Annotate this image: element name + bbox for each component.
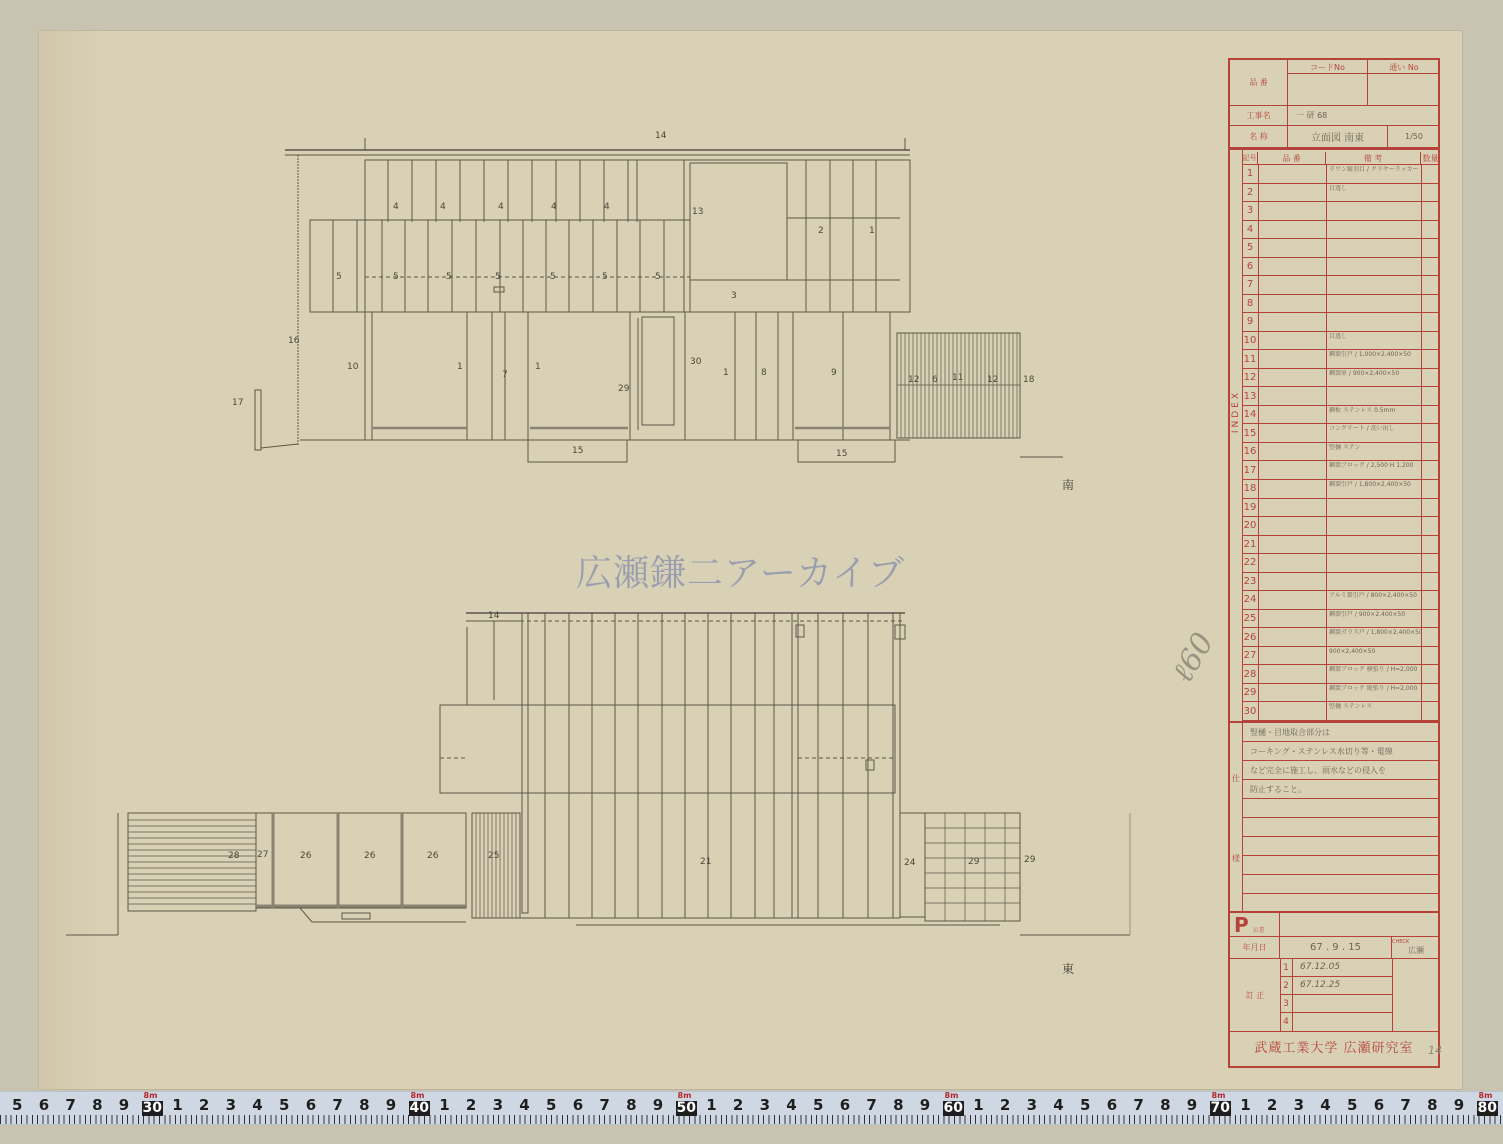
index-row-note: 竪樋 ステンレス (1326, 703, 1422, 711)
ruler-digit: 8 (1427, 1096, 1437, 1114)
index-row: 5 (1242, 239, 1438, 258)
callout-number: 26 (300, 851, 311, 861)
index-row: 4 (1242, 221, 1438, 240)
ruler-unit-label: 8m (678, 1091, 692, 1100)
index-row-number: 30 (1242, 702, 1259, 720)
measuring-tape: 56789308m123456789408m123456789508m12345… (0, 1091, 1503, 1125)
index-row: 20 (1242, 517, 1438, 536)
item-number-label: 品 番 (1230, 60, 1288, 105)
index-row-number: 1 (1242, 165, 1259, 183)
callout-number: 1 (869, 226, 875, 236)
callout-number: 3 (731, 291, 737, 301)
index-row-number: 22 (1242, 554, 1259, 572)
callout-number: 5 (495, 272, 501, 282)
callout-number: 16 (288, 336, 299, 346)
index-row-note: 目透し (1326, 185, 1422, 193)
callout-number: 7 (502, 370, 508, 380)
ruler-digit: 5 (1347, 1096, 1357, 1114)
spec-label-bottom: 様 (1232, 853, 1240, 864)
ruler-digit: 1 (1240, 1096, 1250, 1114)
index-row-number: 11 (1242, 350, 1259, 368)
spec-line (1242, 875, 1438, 894)
callout-number: 1 (535, 362, 541, 372)
ruler-digit: 9 (386, 1096, 396, 1114)
index-header: 記号 品 番 備 考 数量 (1242, 152, 1438, 165)
index-row: 17鋼製ブロック / 2,500 H 1,200 (1242, 461, 1438, 480)
callout-number: 5 (655, 272, 661, 282)
spec-line: など完全に施工し、雨水などの侵入を (1242, 761, 1438, 780)
ruler-digit: 8 (893, 1096, 903, 1114)
ruler-digit: 4 (1320, 1096, 1330, 1114)
date-label: 年月日 (1230, 937, 1280, 958)
index-row-number: 28 (1242, 665, 1259, 683)
callout-number: 4 (498, 202, 504, 212)
index-row-number: 7 (1242, 276, 1259, 294)
callout-number: 8 (761, 368, 767, 378)
callout-number: 4 (393, 202, 399, 212)
spec-line (1242, 818, 1438, 837)
ruler-digit: 1 (172, 1096, 182, 1114)
ruler-major-mark: 40 (409, 1101, 430, 1116)
approval-label: 公差 (1253, 925, 1265, 934)
index-col-note: 備 考 (1326, 152, 1421, 164)
ruler-digit: 3 (760, 1096, 770, 1114)
item-number-row: 品 番 コードNo 通い No (1230, 60, 1438, 106)
ruler-digit: 3 (1294, 1096, 1304, 1114)
callout-number: 29 (968, 857, 979, 867)
east-direction-mark: 東 (1062, 960, 1074, 977)
index-col-number: 記号 (1242, 152, 1258, 164)
ruler-digit: 4 (1053, 1096, 1063, 1114)
ruler-digit: 9 (1454, 1096, 1464, 1114)
index-row: 8 (1242, 295, 1438, 314)
ruler-digit: 5 (546, 1096, 556, 1114)
index-row: 24アルミ製引戸 / 800×2,400×50 (1242, 591, 1438, 610)
index-row-note: 鋼製扉 / 900×2,400×50 (1326, 370, 1422, 378)
index-row-number: 12 (1242, 369, 1259, 387)
index-row-number: 25 (1242, 610, 1259, 628)
revision-row: 267.12.25 (1280, 977, 1392, 995)
callout-number: 15 (836, 449, 847, 459)
ruler-digit: 9 (653, 1096, 663, 1114)
revision-label: 訂 正 (1230, 959, 1281, 1031)
ruler-digit: 5 (1080, 1096, 1090, 1114)
spec-line (1242, 856, 1438, 875)
title-block: 品 番 コードNo 通い No 工事名 一 研 68 名 称 立面図 南東 1/… (1228, 58, 1440, 1068)
callout-number: 11 (952, 373, 963, 383)
index-table: 1ラワン縦羽目 / クリヤーラッカー2目透し345678910目透し11鋼製引戸… (1230, 165, 1438, 721)
callout-number: 4 (551, 202, 557, 212)
index-row: 3 (1242, 202, 1438, 221)
index-row-number: 3 (1242, 202, 1259, 220)
index-row: 18鋼製引戸 / 1,800×2,400×50 (1242, 480, 1438, 499)
south-direction-mark: 南 (1062, 476, 1074, 493)
ruler-digit: 5 (12, 1096, 22, 1114)
callout-number: 15 (572, 446, 583, 456)
index-row-note: ラワン縦羽目 / クリヤーラッカー (1326, 166, 1422, 174)
ruler-digit: 2 (1000, 1096, 1010, 1114)
callout-number: 27 (257, 850, 268, 860)
index-row: 2目透し (1242, 184, 1438, 203)
ruler-digit: 6 (573, 1096, 583, 1114)
spec-line (1242, 837, 1438, 856)
spec-label-top: 仕 (1232, 773, 1240, 784)
index-row-number: 20 (1242, 517, 1259, 535)
index-row-number: 16 (1242, 443, 1259, 461)
ruler-digit: 7 (866, 1096, 876, 1114)
index-row: 30竪樋 ステンレス (1242, 702, 1438, 721)
index-row-number: 2 (1242, 184, 1259, 202)
index-row-note: 目透し (1326, 333, 1422, 341)
spec-line: コーキング・ステンレス水切り等・電線 (1242, 742, 1438, 761)
index-row-note: 鋼製引戸 / 1,800×2,400×50 (1326, 481, 1422, 489)
spec-line: 防止すること。 (1242, 780, 1438, 799)
ruler-digit: 8 (1160, 1096, 1170, 1114)
revision-row: 167.12.05 (1280, 959, 1392, 977)
index-row: 29鋼製ブロック 縦張り / H=2,000 (1242, 684, 1438, 703)
ruler-major-mark: 70 (1210, 1101, 1231, 1116)
callout-number: 26 (364, 851, 375, 861)
sheet-number-mark: 14 (1428, 1044, 1442, 1057)
ruler-digit: 9 (119, 1096, 129, 1114)
index-row-number: 6 (1242, 258, 1259, 276)
ruler-digit: 6 (39, 1096, 49, 1114)
ruler-unit-label: 8m (411, 1091, 425, 1100)
callout-number: 30 (690, 357, 701, 367)
index-col-item: 品 番 (1258, 152, 1326, 164)
callout-number: 18 (1023, 375, 1034, 385)
index-row: 28鋼製ブロック 横張り / H=2,000 (1242, 665, 1438, 684)
index-row-number: 4 (1242, 221, 1259, 239)
ruler-digit: 3 (1027, 1096, 1037, 1114)
ruler-digit: 4 (252, 1096, 262, 1114)
index-row: 16竪樋 ステン (1242, 443, 1438, 462)
approval-row: P 公差 (1230, 911, 1438, 937)
index-row-number: 13 (1242, 387, 1259, 405)
ruler-digit: 9 (920, 1096, 930, 1114)
ruler-digit: 7 (65, 1096, 75, 1114)
index-row: 6 (1242, 258, 1438, 277)
index-row: 10目透し (1242, 332, 1438, 351)
callout-number: 1 (457, 362, 463, 372)
drawing-name-row: 名 称 立面図 南東 1/50 (1230, 126, 1438, 148)
index-row: 26鋼製ガラス戸 / 1,800×2,400×50 (1242, 628, 1438, 647)
ruler-digit: 4 (519, 1096, 529, 1114)
index-row: 22 (1242, 554, 1438, 573)
ruler-digit: 2 (199, 1096, 209, 1114)
drawing-name-value: 立面図 南東 (1288, 126, 1388, 147)
index-row-note: コンクリート / 洗い出し (1326, 425, 1422, 433)
index-row: 1ラワン縦羽目 / クリヤーラッカー (1242, 165, 1438, 184)
office-name: 武蔵工業大学 広瀬研究室 (1230, 1026, 1438, 1066)
callout-number: 1 (723, 368, 729, 378)
index-row: 15コンクリート / 洗い出し (1242, 424, 1438, 443)
callout-number: 5 (550, 272, 556, 282)
index-row: 23 (1242, 573, 1438, 592)
index-row: 13 (1242, 387, 1438, 406)
index-row: 19 (1242, 499, 1438, 518)
callout-number: 10 (347, 362, 358, 372)
ruler-digit: 1 (973, 1096, 983, 1114)
index-row-number: 27 (1242, 647, 1259, 665)
callout-number: 26 (427, 851, 438, 861)
callout-number: 21 (700, 857, 711, 867)
index-row-note: 鋼製引戸 / 1,000×2,400×50 (1326, 351, 1422, 359)
spec-line (1242, 799, 1438, 818)
index-row-note: 鋼製ブロック 縦張り / H=2,000 (1326, 685, 1422, 693)
callout-number: 5 (602, 272, 608, 282)
ruler-digit: 5 (279, 1096, 289, 1114)
specification-area: 仕 様 竪樋・目地取合部分はコーキング・ステンレス水切り等・電線など完全に施工し… (1230, 721, 1438, 913)
revision-number: 1 (1280, 959, 1293, 976)
ruler-major-mark: 80 (1477, 1101, 1498, 1116)
ruler-digit: 6 (840, 1096, 850, 1114)
index-row-number: 10 (1242, 332, 1259, 350)
project-row: 工事名 一 研 68 (1230, 106, 1438, 126)
date-value: 67 . 9 . 15 (1280, 937, 1392, 958)
archive-watermark: 広瀬鎌二アーカイブ (576, 545, 905, 596)
index-row-number: 8 (1242, 295, 1259, 313)
callout-number: 5 (336, 272, 342, 282)
ruler-unit-label: 8m (1479, 1091, 1493, 1100)
index-row-number: 29 (1242, 684, 1259, 702)
date-row: 年月日 67 . 9 . 15 CHECK 広瀬 (1230, 937, 1438, 959)
ruler-unit-label: 8m (945, 1091, 959, 1100)
revision-number: 3 (1280, 995, 1293, 1012)
index-row-number: 17 (1242, 461, 1259, 479)
revision-area: 訂 正 167.12.05267.12.2534 (1230, 959, 1438, 1032)
index-row-number: 5 (1242, 239, 1259, 257)
ruler-digit: 8 (359, 1096, 369, 1114)
sheet-no-label: 通い No (1368, 60, 1440, 105)
callout-number: 4 (604, 202, 610, 212)
index-row-number: 24 (1242, 591, 1259, 609)
ruler-digit: 8 (626, 1096, 636, 1114)
index-row: 9 (1242, 313, 1438, 332)
index-row-number: 21 (1242, 536, 1259, 554)
ruler-digit: 9 (1187, 1096, 1197, 1114)
callout-number: 9 (831, 368, 837, 378)
index-row-number: 14 (1242, 406, 1259, 424)
ruler-digit: 2 (1267, 1096, 1277, 1114)
revision-row: 3 (1280, 995, 1392, 1013)
index-row-number: 26 (1242, 628, 1259, 646)
index-row: 25鋼製引戸 / 900×2,400×50 (1242, 610, 1438, 629)
ruler-digit: 6 (1107, 1096, 1117, 1114)
ruler-digit: 3 (493, 1096, 503, 1114)
ruler-digit: 1 (439, 1096, 449, 1114)
callout-number: 2 (818, 226, 824, 236)
revision-number: 2 (1280, 977, 1293, 994)
callout-number: 6 (932, 375, 938, 385)
ruler-digit: 8 (92, 1096, 102, 1114)
ruler-digit: 7 (1133, 1096, 1143, 1114)
project-label: 工事名 (1230, 106, 1288, 125)
index-row-number: 15 (1242, 424, 1259, 442)
ruler-digit: 2 (733, 1096, 743, 1114)
spec-line: 竪樋・目地取合部分は (1242, 723, 1438, 742)
callout-number: 25 (488, 851, 499, 861)
index-row-note: 鋼板 ステンレス 0.5mm (1326, 407, 1422, 415)
ruler-digit: 7 (1400, 1096, 1410, 1114)
index-row: 14鋼板 ステンレス 0.5mm (1242, 406, 1438, 425)
index-row-number: 18 (1242, 480, 1259, 498)
ruler-major-mark: 60 (943, 1101, 964, 1116)
revision-value: 67.12.05 (1300, 962, 1340, 972)
callout-number: 28 (228, 851, 239, 861)
callout-number: 29 (1024, 855, 1035, 865)
ruler-digit: 4 (786, 1096, 796, 1114)
index-row-note: 鋼製ガラス戸 / 1,800×2,400×50 (1326, 629, 1422, 637)
index-row: 12鋼製扉 / 900×2,400×50 (1242, 369, 1438, 388)
callout-number: 29 (618, 384, 629, 394)
ruler-digit: 6 (1374, 1096, 1384, 1114)
ruler-unit-label: 8m (1212, 1091, 1226, 1100)
drawing-name-label: 名 称 (1230, 126, 1288, 147)
ruler-major-mark: 30 (142, 1101, 163, 1116)
callout-number: 5 (393, 272, 399, 282)
ruler-ticks (0, 1115, 1503, 1124)
ruler-digit: 3 (226, 1096, 236, 1114)
callout-number: 4 (440, 202, 446, 212)
index-row-note: 900×2,400×50 (1326, 648, 1422, 656)
ruler-digit: 2 (466, 1096, 476, 1114)
scale-value: 1/50 (1388, 126, 1440, 147)
code-no-label: コードNo (1288, 60, 1368, 105)
ruler-unit-label: 8m (144, 1091, 158, 1100)
index-row-number: 23 (1242, 573, 1259, 591)
index-row: 7 (1242, 276, 1438, 295)
index-row: 21 (1242, 536, 1438, 555)
ruler-digit: 7 (599, 1096, 609, 1114)
ruler-digit: 5 (813, 1096, 823, 1114)
ruler-digit: 7 (332, 1096, 342, 1114)
index-row-note: 鋼製引戸 / 900×2,400×50 (1326, 611, 1422, 619)
index-row: 27900×2,400×50 (1242, 647, 1438, 666)
index-col-qty: 数量 (1421, 152, 1440, 164)
index-row: 11鋼製引戸 / 1,000×2,400×50 (1242, 350, 1438, 369)
ruler-digit: 1 (706, 1096, 716, 1114)
callout-number: 12 (987, 375, 998, 385)
callout-number: 13 (692, 207, 703, 217)
revision-value: 67.12.25 (1300, 980, 1340, 990)
callout-number: 14 (488, 611, 499, 621)
project-value: 一 研 68 (1288, 106, 1440, 125)
callout-number: 17 (232, 398, 243, 408)
index-row-note: 鋼製ブロック / 2,500 H 1,200 (1326, 462, 1422, 470)
check-label: CHECK (1392, 939, 1409, 945)
approval-mark: P (1234, 913, 1249, 937)
index-row-note: 竪樋 ステン (1326, 444, 1422, 452)
index-row-number: 19 (1242, 499, 1259, 517)
ruler-major-mark: 50 (676, 1101, 697, 1116)
index-row-number: 9 (1242, 313, 1259, 331)
index-row-note: アルミ製引戸 / 800×2,400×50 (1326, 592, 1422, 600)
callout-number: 12 (908, 375, 919, 385)
callout-number: 14 (655, 131, 666, 141)
check-signature: 広瀬 (1408, 945, 1424, 956)
ruler-digit: 6 (306, 1096, 316, 1114)
index-row-note: 鋼製ブロック 横張り / H=2,000 (1326, 666, 1422, 674)
callout-number: 24 (904, 858, 915, 868)
callout-number: 5 (446, 272, 452, 282)
